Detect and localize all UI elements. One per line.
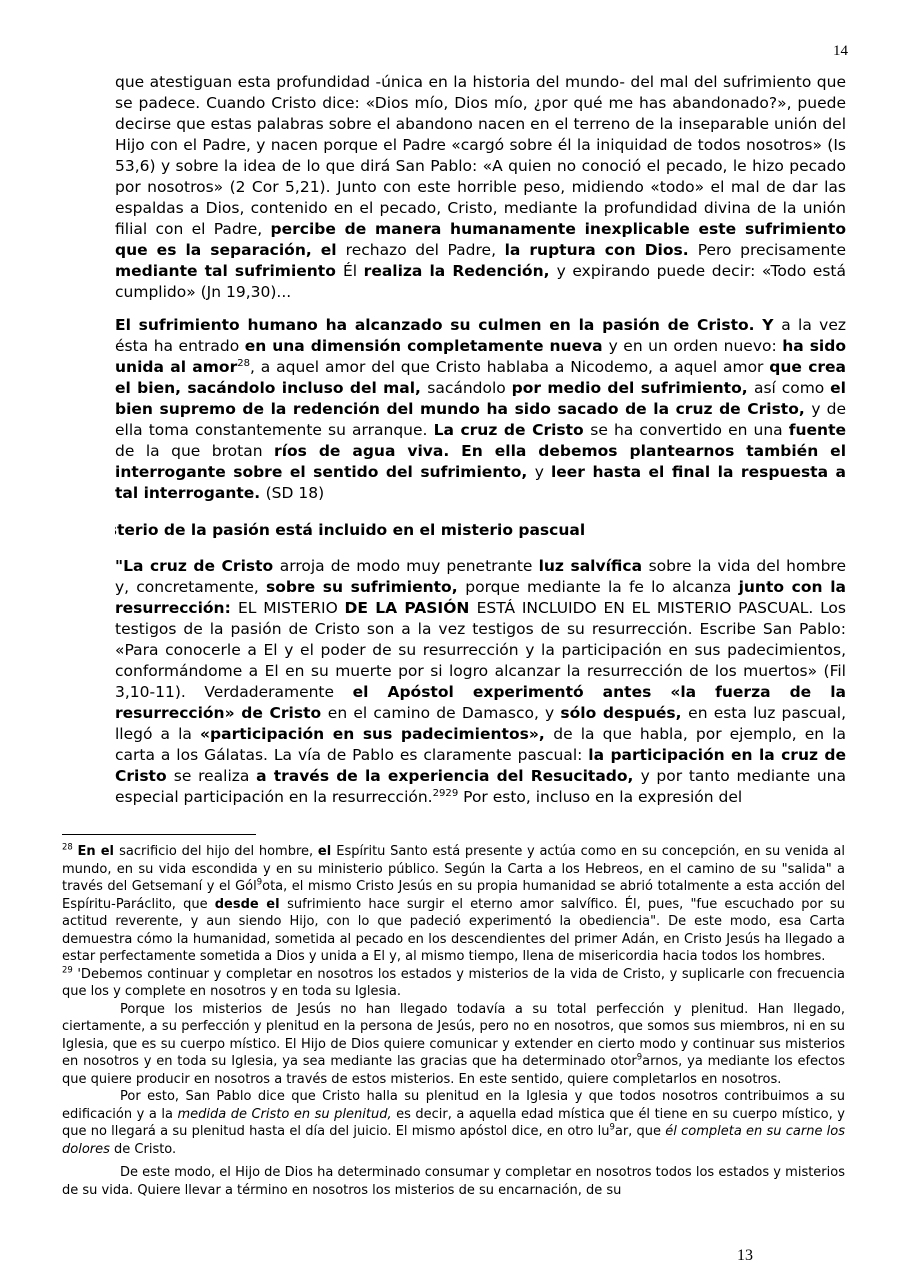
footnote-29-paragraph-1: 29 'Debemos continuar y completar en nos…	[62, 966, 845, 1001]
footnote-29-paragraph-2: Porque los misterios de Jesús no han lle…	[62, 1001, 845, 1089]
footnotes-block: 28 En el sacrificio del hijo del hombre,…	[62, 834, 845, 1234]
paragraph-suffering-continuation: que atestiguan esta profundidad -única e…	[115, 72, 846, 303]
body-text-block: que atestiguan esta profundidad -única e…	[115, 72, 846, 830]
page-number-bottom: 13	[737, 1248, 753, 1264]
document-page: 14 que atestiguan esta profundidad -únic…	[0, 0, 905, 1280]
footnote-separator	[62, 834, 256, 835]
footnote-29-paragraph-4: De este modo, el Hijo de Dios ha determi…	[62, 1164, 845, 1199]
paragraph-cross-of-christ: "La cruz de Cristo arroja de modo muy pe…	[115, 556, 846, 808]
footnote-28: 28 En el sacrificio del hijo del hombre,…	[62, 843, 845, 966]
section-heading: El misterio de la pasión está incluido e…	[115, 520, 846, 541]
page-number-top: 14	[0, 44, 848, 59]
paragraph-suffering-culmen: El sufrimiento humano ha alcanzado su cu…	[115, 315, 846, 504]
footnote-29-paragraph-3: Por esto, San Pablo dice que Cristo hall…	[62, 1088, 845, 1158]
